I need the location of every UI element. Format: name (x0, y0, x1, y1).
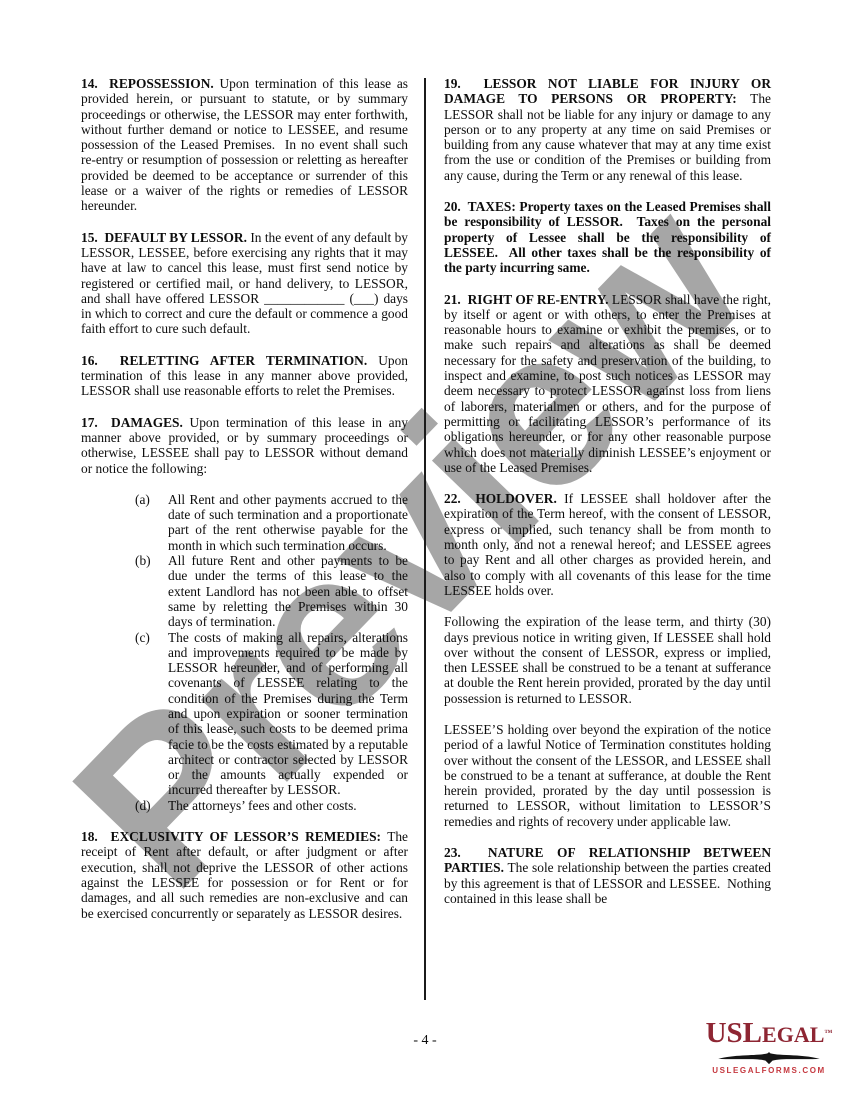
section-18-exclusivity: 18. EXCLUSIVITY OF LESSOR’S REMEDIES: Th… (81, 829, 408, 921)
section-15-heading: 15. DEFAULT BY LESSOR. (81, 230, 247, 245)
section-18-heading: 18. EXCLUSIVITY OF LESSOR’S REMEDIES: (81, 829, 381, 844)
list-marker-b: (b) (135, 553, 151, 568)
left-column: 14. REPOSSESSION. Upon termination of th… (81, 76, 408, 937)
section-16-reletting: 16. RELETTING AFTER TERMINATION. Upon te… (81, 353, 408, 399)
section-21-right-of-reentry: 21. RIGHT OF RE-ENTRY. LESSOR shall have… (444, 292, 771, 476)
list-marker-d: (d) (135, 798, 151, 813)
list-marker-c: (c) (135, 630, 150, 645)
list-text-c: The costs of making all repairs, alterat… (168, 630, 408, 798)
uslegal-wordmark-small: EGAL (762, 1022, 824, 1047)
section-15-default-by-lessor: 15. DEFAULT BY LESSOR. In the event of a… (81, 230, 408, 337)
trademark-symbol: ™ (824, 1028, 832, 1037)
section-22-heading: 22. HOLDOVER. (444, 491, 557, 506)
list-text-b: All future Rent and other payments to be… (168, 553, 408, 629)
section-22-paragraph-2: Following the expiration of the lease te… (444, 614, 771, 706)
section-20-taxes: 20. TAXES: Property taxes on the Leased … (444, 199, 771, 275)
list-item-c: (c) The costs of making all repairs, alt… (81, 630, 408, 798)
section-17-list: (a) All Rent and other payments accrued … (81, 492, 408, 813)
section-15-body: In the event of any default by LESSOR, L… (81, 230, 408, 337)
eagle-wings-icon (713, 1051, 825, 1065)
section-17-damages: 17. DAMAGES. Upon termination of this le… (81, 415, 408, 476)
section-22-holdover: 22. HOLDOVER. If LESSEE shall holdover a… (444, 491, 771, 598)
section-14-heading: 14. REPOSSESSION. (81, 76, 214, 91)
section-21-heading: 21. RIGHT OF RE-ENTRY. (444, 292, 608, 307)
section-14-body: Upon termination of this lease as provid… (81, 76, 408, 213)
uslegal-logo: USLEGAL™ USLEGALFORMS.COM (698, 1018, 840, 1075)
uslegal-site-url: USLEGALFORMS.COM (698, 1066, 840, 1075)
section-22-body: If LESSEE shall holdover after the expir… (444, 491, 771, 598)
list-item-d: (d) The attorneys’ fees and other costs. (81, 798, 408, 813)
list-marker-a: (a) (135, 492, 150, 507)
right-column: 19. LESSOR NOT LIABLE FOR INJURY OR DAMA… (444, 76, 771, 922)
section-19-heading: 19. LESSOR NOT LIABLE FOR INJURY OR DAMA… (444, 76, 771, 106)
list-text-d: The attorneys’ fees and other costs. (168, 798, 357, 813)
section-23-nature-of-relationship: 23. NATURE OF RELATIONSHIP BETWEEN PARTI… (444, 845, 771, 906)
list-item-b: (b) All future Rent and other payments t… (81, 553, 408, 629)
document-page: Preview 14. REPOSSESSION. Upon terminati… (0, 0, 850, 1100)
list-item-a: (a) All Rent and other payments accrued … (81, 492, 408, 553)
section-14-repossession: 14. REPOSSESSION. Upon termination of th… (81, 76, 408, 214)
uslegal-wordmark: USLEGAL™ (698, 1018, 840, 1053)
section-20-heading: 20. TAXES: (444, 199, 516, 214)
section-16-heading: 16. RELETTING AFTER TERMINATION. (81, 353, 367, 368)
section-22-paragraph-3: LESSEE’S holding over beyond the expirat… (444, 722, 771, 829)
list-text-a: All Rent and other payments accrued to t… (168, 492, 408, 553)
section-17-heading: 17. DAMAGES. (81, 415, 183, 430)
column-divider (424, 78, 426, 1000)
uslegal-wordmark-big: USL (706, 1017, 762, 1049)
section-21-body: LESSOR shall have the right, by itself o… (444, 292, 771, 475)
section-19-not-liable: 19. LESSOR NOT LIABLE FOR INJURY OR DAMA… (444, 76, 771, 183)
